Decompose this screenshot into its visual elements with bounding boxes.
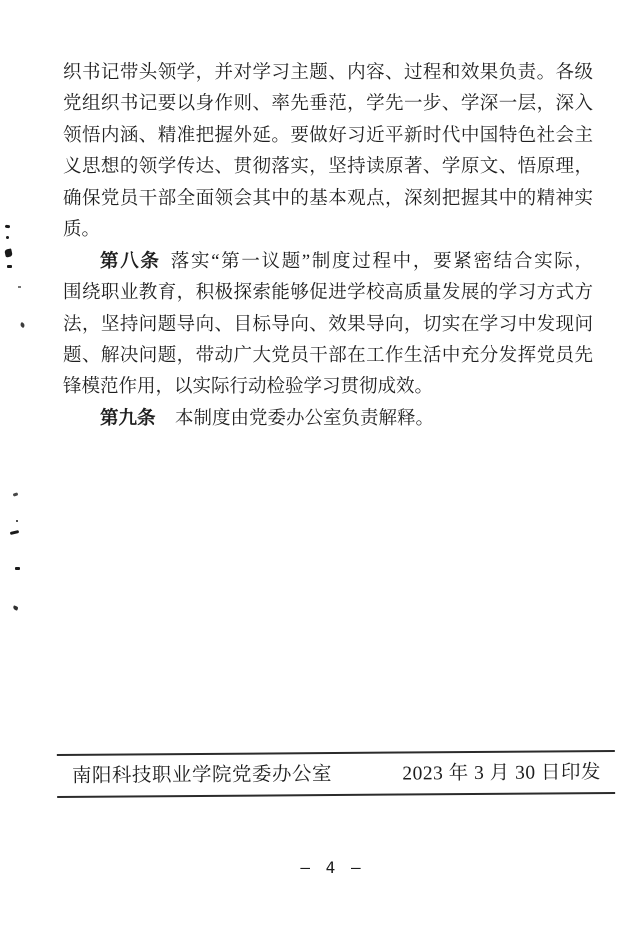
ink-speck xyxy=(6,236,9,239)
ink-speck xyxy=(12,605,18,611)
clause-line: 第九条本制度由党委办公室负责解释。 xyxy=(63,404,593,435)
ink-speck xyxy=(7,265,12,268)
text-line: 法，坚持问题导向、目标导向、效果导向，切实在学习中发现问 xyxy=(63,310,593,341)
clause-term: 第九条 xyxy=(100,409,156,429)
ink-speck xyxy=(13,492,19,496)
ink-speck xyxy=(10,530,19,535)
ink-speck xyxy=(18,286,21,288)
text-line: 领悟内涵、精准把握外延。要做好习近平新时代中国特色社会主 xyxy=(63,121,593,152)
document-footer: 南阳科技职业学院党委办公室 2023 年 3 月 30 日印发 xyxy=(57,750,615,798)
page-number: – 4 – xyxy=(300,858,364,877)
text-line: 锋模范作用，以实际行动检验学习贯彻成效。 xyxy=(63,372,593,403)
text-line: 题、解决问题，带动广大党员干部在工作生活中充分发挥党员先 xyxy=(63,341,593,372)
text-line: 织书记带头领学，并对学习主题、内容、过程和效果负责。各级 xyxy=(63,58,593,89)
text-line: 质。 xyxy=(63,215,593,246)
clause-term: 第八条 xyxy=(100,252,161,272)
ink-speck xyxy=(4,248,13,257)
ink-speck xyxy=(16,520,18,522)
document-page: 织书记带头领学，并对学习主题、内容、过程和效果负责。各级 党组织书记要以身作则、… xyxy=(0,0,639,925)
clause-line: 第八条落实“第一议题”制度过程中，要紧密结合实际， xyxy=(63,247,593,278)
text-line: 围绕职业教育，积极探索能够促进学校高质量发展的学习方式方 xyxy=(63,278,593,309)
text-line: 党组织书记要以身作则、率先垂范，学先一步、学深一层，深入 xyxy=(63,89,593,120)
ink-speck xyxy=(15,567,20,570)
document-body: 织书记带头领学，并对学习主题、内容、过程和效果负责。各级 党组织书记要以身作则、… xyxy=(63,58,593,435)
text-line: 确保党员干部全面领会其中的基本观点，深刻把握其中的精神实 xyxy=(63,184,593,215)
issuing-office: 南阳科技职业学院党委办公室 xyxy=(57,763,332,789)
ink-speck xyxy=(19,322,25,328)
text-line: 义思想的领学传达、贯彻落实，坚持读原著、学原文、悟原理， xyxy=(63,152,593,183)
print-date: 2023 年 3 月 30 日印发 xyxy=(402,761,615,786)
ink-speck xyxy=(5,225,10,229)
